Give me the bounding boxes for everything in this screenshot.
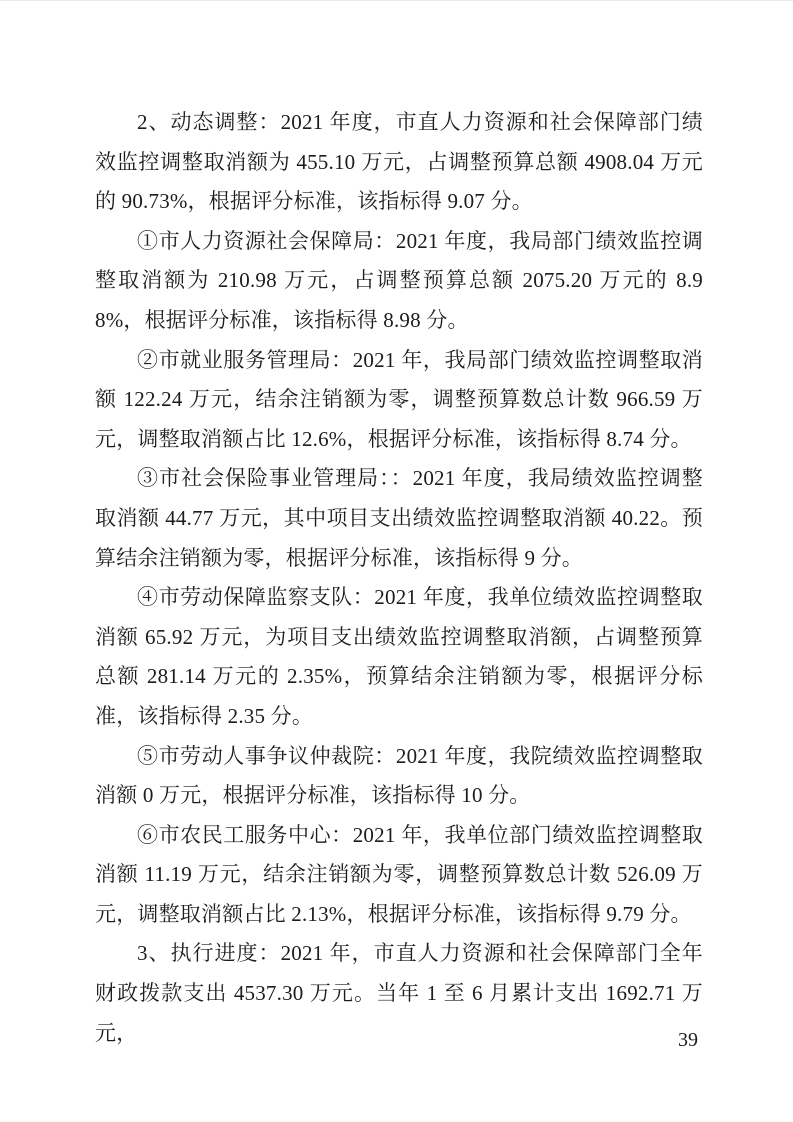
paragraph-employment-service-bureau: ②市就业服务管理局：2021 年，我局部门绩效监控调整取消额 122.24 万元… [95,341,703,460]
page-number: 39 [668,1028,708,1052]
paragraph-labor-dispute-arbitration: ⑤市劳动人事争议仲裁院：2021 年度，我院绩效监控调整取消额 0 万元，根据评… [95,737,703,816]
paragraph-migrant-worker-center: ⑥市农民工服务中心：2021 年，我单位部门绩效监控调整取消额 11.19 万元… [95,816,703,935]
scan-edge-line [0,0,793,1]
document-page: 2、动态调整：2021 年度，市直人力资源和社会保障部门绩效监控调整取消额为 4… [0,0,793,1122]
document-body: 2、动态调整：2021 年度，市直人力资源和社会保障部门绩效监控调整取消额为 4… [95,103,703,1053]
paragraph-labor-inspection-detachment: ④市劳动保障监察支队：2021 年度，我单位绩效监控调整取消额 65.92 万元… [95,578,703,736]
paragraph-execution-progress: 3、执行进度：2021 年，市直人力资源和社会保障部门全年财政拨款支出 4537… [95,934,703,1053]
paragraph-hr-social-security-bureau: ①市人力资源社会保障局：2021 年度，我局部门绩效监控调整取消额为 210.9… [95,222,703,341]
paragraph-social-insurance-bureau: ③市社会保险事业管理局：：2021 年度，我局绩效监控调整取消额 44.77 万… [95,459,703,578]
paragraph-dynamic-adjustment: 2、动态调整：2021 年度，市直人力资源和社会保障部门绩效监控调整取消额为 4… [95,103,703,222]
